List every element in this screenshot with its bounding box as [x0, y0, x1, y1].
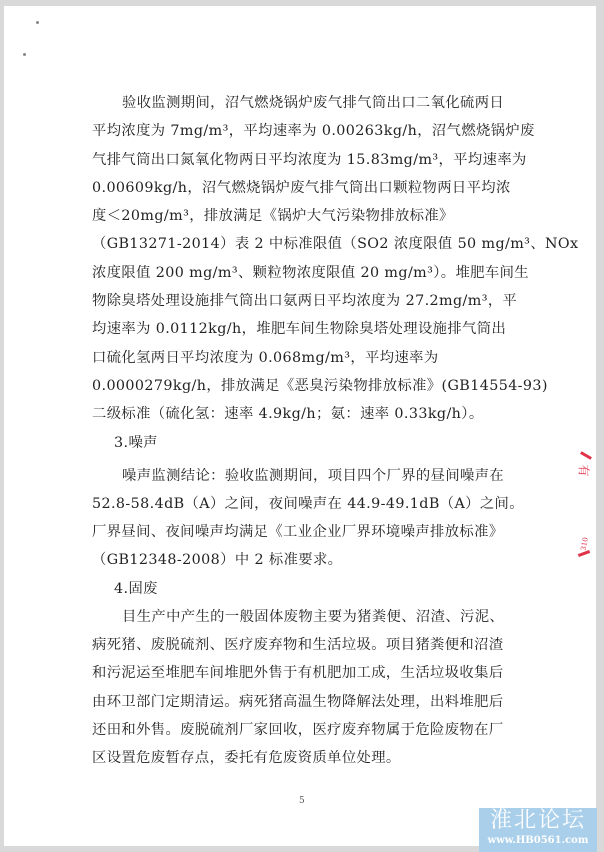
text-line: 口硫化氢两日平均浓度为 0.068mg/m³，平均速率为 [92, 344, 522, 372]
page-number: 5 [299, 796, 305, 806]
scan-speck [36, 21, 39, 24]
text-line: 气排气筒出口氮氧化物两日平均浓度为 15.83mg/m³，平均速率为 [92, 146, 522, 174]
section-heading-noise: 3.噪声 [92, 429, 522, 462]
text-line: 厂界昼间、夜间噪声均满足《工业企业厂界环境噪声排放标准》 [92, 518, 522, 546]
text-line: （GB12348-2008）中 2 标准要求。 [92, 546, 522, 574]
viewer-edge [596, 0, 604, 852]
text-line: 二级标准（硫化氢：速率 4.9kg/h；氨：速率 0.33kg/h）。 [92, 400, 522, 428]
text-line: 0.00609kg/h，沼气燃烧锅炉废气排气筒出口颗粒物两日平均浓 [92, 174, 522, 202]
stamp-arc [580, 451, 592, 460]
paragraph-air-emissions: 验收监测期间，沼气燃烧锅炉废气排气筒出口二氧化硫两日 平均浓度为 7mg/m³，… [92, 89, 522, 429]
scan-speck [23, 53, 26, 56]
text-line: 还田和外售。废脱硫剂厂家回收，医疗废弃物属于危险废物在厂 [92, 716, 522, 744]
section-heading-solid-waste: 4.固废 [92, 575, 522, 603]
document-page: 验收监测期间，沼气燃烧锅炉废气排气筒出口二氧化硫两日 平均浓度为 7mg/m³，… [4, 6, 596, 846]
stamp-text: 有 [576, 464, 593, 476]
forum-watermark: 淮北论坛 www.HB0561.com [479, 808, 597, 852]
text-line: 噪声监测结论：验收监测期间，项目四个厂界的昼间噪声在 [92, 462, 522, 490]
red-seal-stamp-fragment: 有 310 [578, 450, 598, 570]
text-line: 浓度限值 200 mg/m³、颗粒物浓度限值 20 mg/m³）。堆肥车间生 [92, 259, 522, 287]
text-line: 和污泥运至堆肥车间堆肥外售于有机肥加工成，生活垃圾收集后 [92, 659, 522, 687]
text-line: 区设置危废暂存点，委托有危废资质单位处理。 [92, 744, 522, 772]
document-body: 验收监测期间，沼气燃烧锅炉废气排气筒出口二氧化硫两日 平均浓度为 7mg/m³，… [92, 89, 522, 773]
text-line: 由环卫部门定期清运。病死猪高温生物降解法处理，出料堆肥后 [92, 688, 522, 716]
text-line: 验收监测期间，沼气燃烧锅炉废气排气筒出口二氧化硫两日 [92, 89, 522, 117]
text-line: 病死猪、废脱硫剂、医疗废弃物和生活垃圾。项目猪粪便和沼渣 [92, 631, 522, 659]
stamp-arc [578, 550, 590, 557]
paragraph-solid-waste: 目生产中产生的一般固体废物主要为猪粪便、沼渣、污泥、 病死猪、废脱硫剂、医疗废弃… [92, 603, 522, 773]
text-line: （GB13271-2014）表 2 中标准限值（SO2 浓度限值 50 mg/m… [92, 230, 522, 258]
text-line: 0.0000279kg/h，排放满足《恶臭污染物排放标准》(GB14554-93… [92, 372, 522, 400]
text-line: 度＜20mg/m³，排放满足《锅炉大气污染物排放标准》 [92, 202, 522, 230]
text-line: 均速率为 0.0112kg/h，堆肥车间生物除臭塔处理设施排气筒出 [92, 315, 522, 343]
paragraph-noise: 噪声监测结论：验收监测期间，项目四个厂界的昼间噪声在 52.8-58.4dB（A… [92, 462, 522, 575]
text-line: 物除臭塔处理设施排气筒出口氨两日平均浓度为 27.2mg/m³，平 [92, 287, 522, 315]
watermark-title: 淮北论坛 [479, 808, 597, 834]
watermark-url: www.HB0561.com [479, 834, 597, 848]
text-line: 52.8-58.4dB（A）之间，夜间噪声在 44.9-49.1dB（A）之间。 [92, 490, 522, 518]
text-line: 目生产中产生的一般固体废物主要为猪粪便、沼渣、污泥、 [92, 603, 522, 631]
text-line: 平均浓度为 7mg/m³，平均速率为 0.00263kg/h，沼气燃烧锅炉废 [92, 117, 522, 145]
